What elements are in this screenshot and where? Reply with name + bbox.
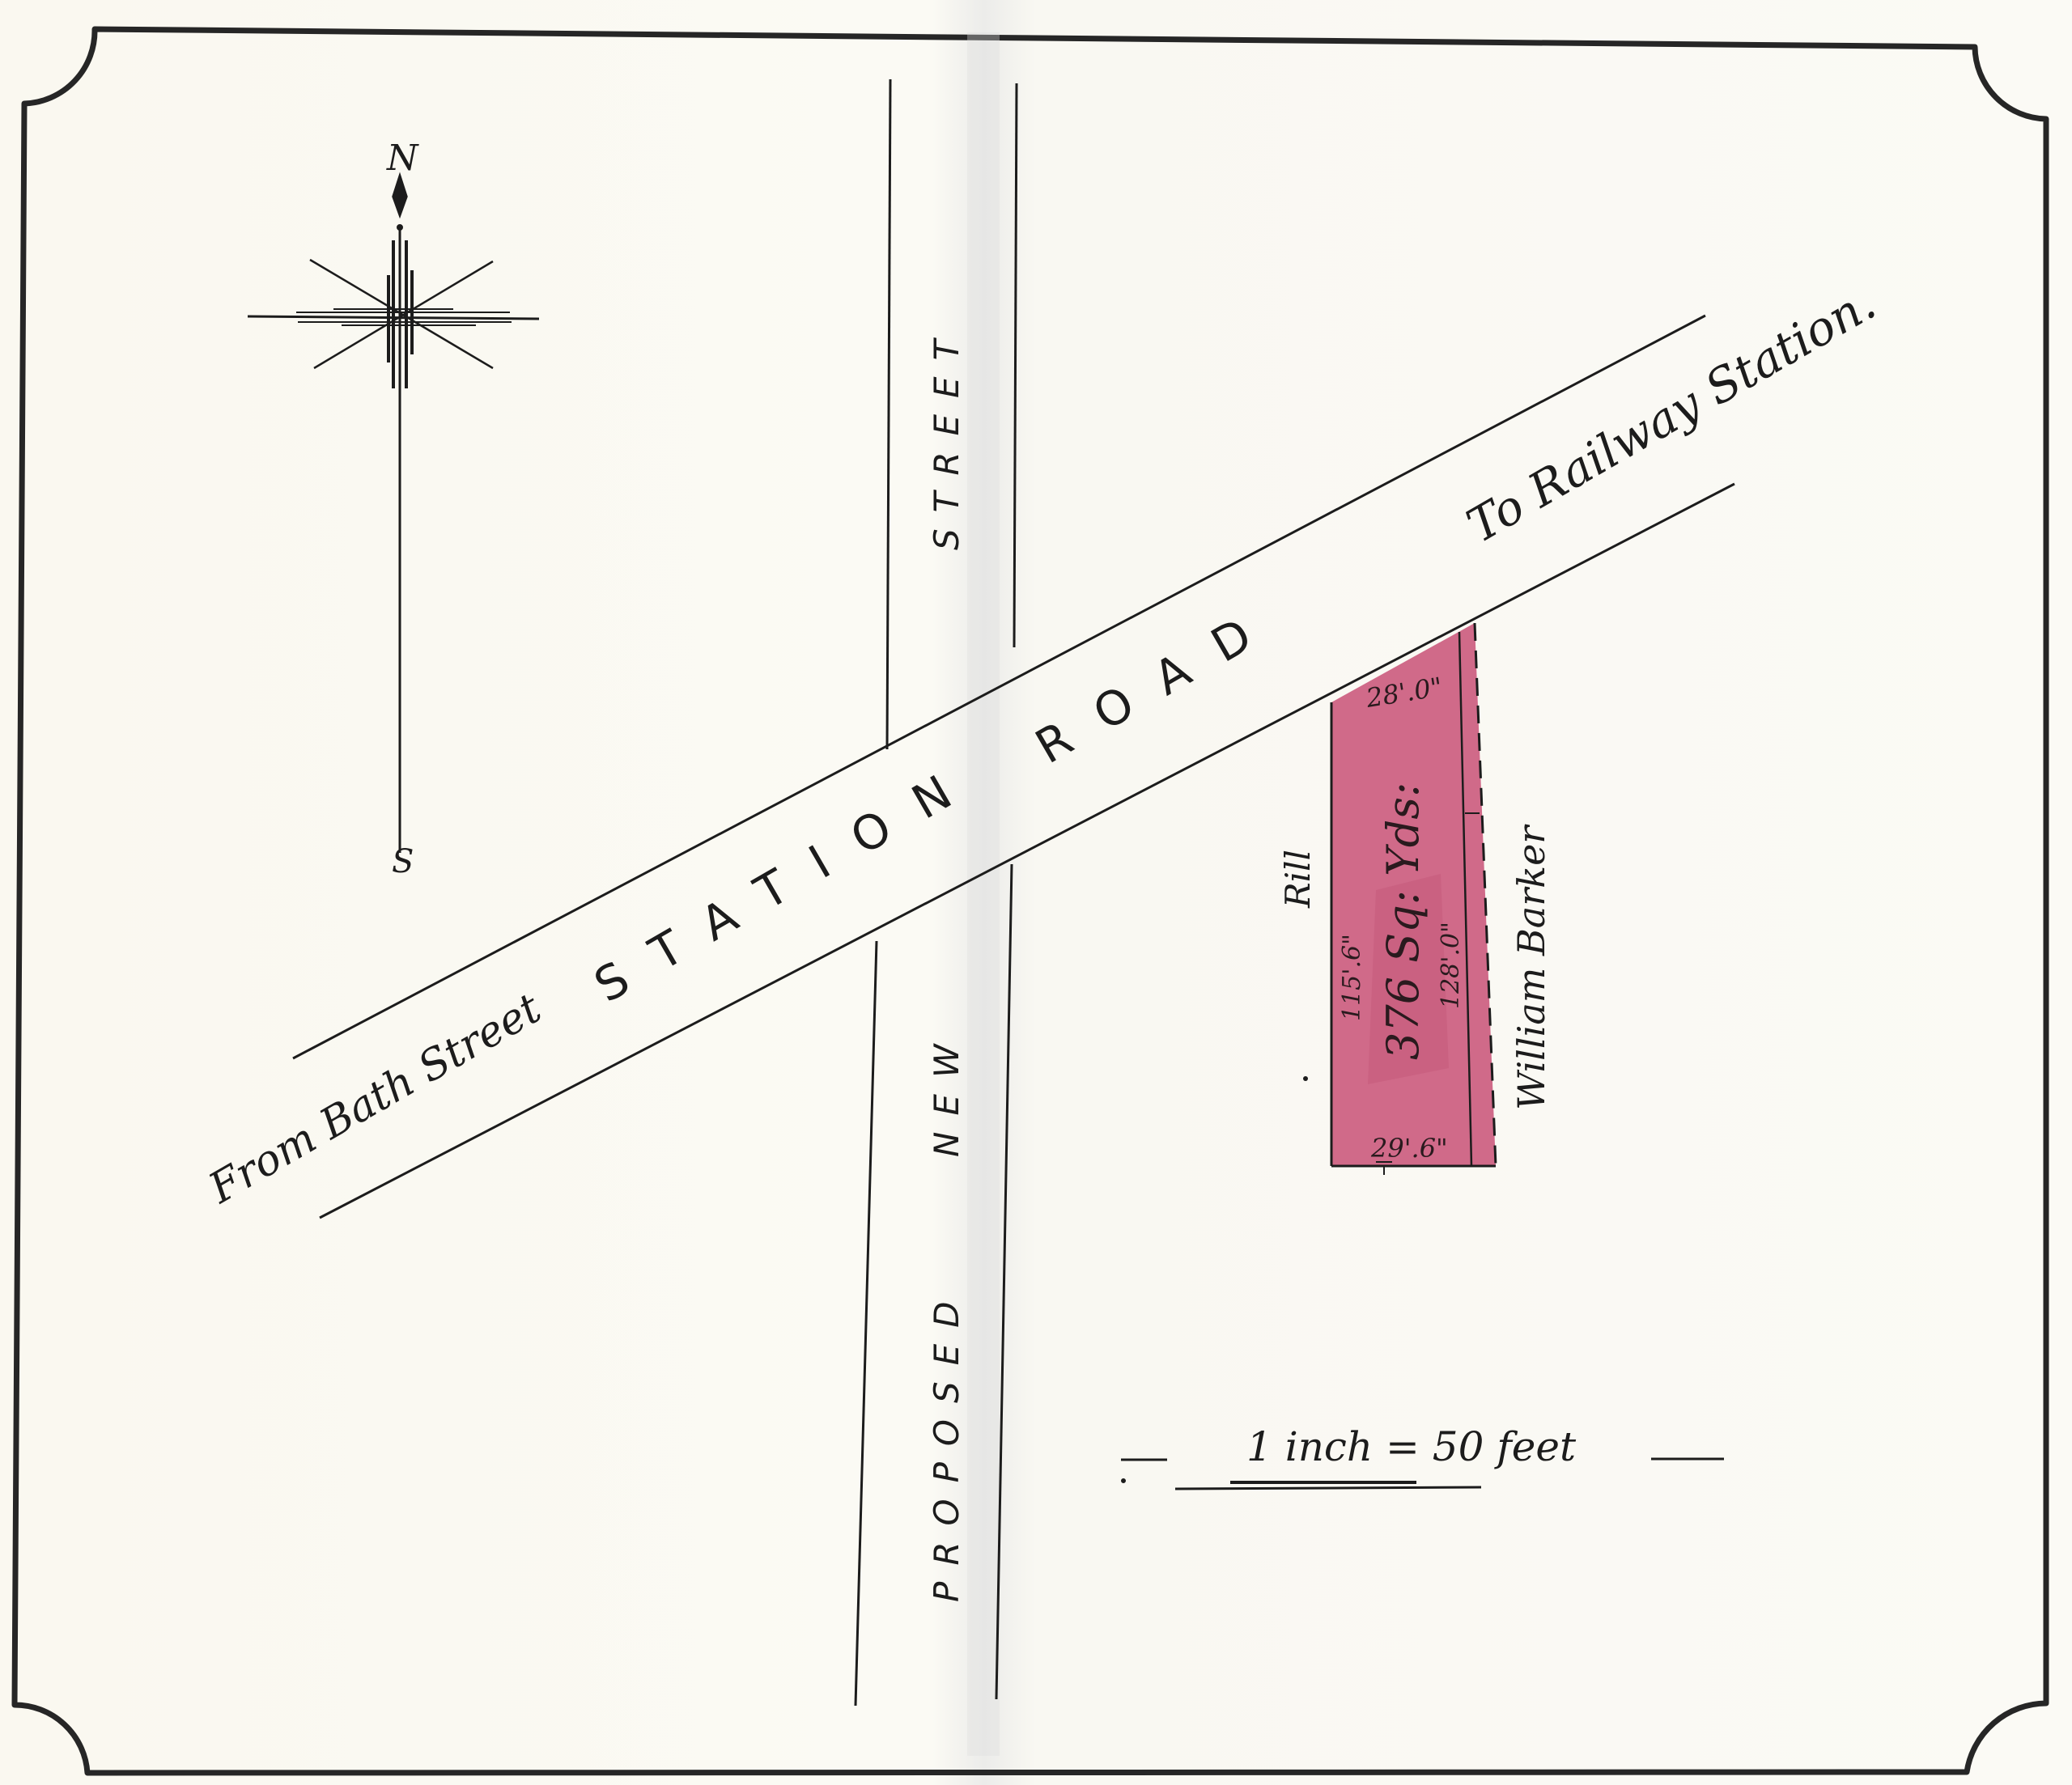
neighbor-west-label: Rill	[1278, 850, 1318, 909]
from-bath-street-label: From Bath Street	[201, 984, 550, 1214]
street-label: STREET	[927, 324, 966, 550]
compass-rose-icon	[248, 174, 539, 853]
station-road-label: STATION	[585, 748, 990, 1013]
scale-label: 1 inch = 50 feet	[1246, 1423, 1577, 1470]
new-label: NEW	[927, 1028, 966, 1157]
plot-left-depth: 115'.6"	[1338, 934, 1366, 1021]
compass-north-label: N	[386, 138, 419, 179]
decorative-frame	[15, 29, 2046, 1773]
compass-south-label: S	[392, 843, 414, 880]
road-label: ROAD	[1026, 591, 1290, 775]
plot-rear-width: 29'.6"	[1370, 1133, 1448, 1164]
site-plan-sheet: N S STATION ROAD From Bath Street To Rai…	[0, 0, 2072, 1785]
plot-right-depth: 128'.0"	[1437, 922, 1465, 1009]
ink-dot	[1303, 1076, 1308, 1081]
to-railway-station-label: To Railway Station.	[1458, 275, 1884, 553]
fold-shadow	[967, 32, 1000, 1756]
plot-area-label: 376 Sq: Yds:	[1378, 782, 1429, 1060]
neighbor-east-label: William Barker	[1509, 824, 1553, 1110]
proposed-label: PROPOSED	[927, 1286, 966, 1603]
